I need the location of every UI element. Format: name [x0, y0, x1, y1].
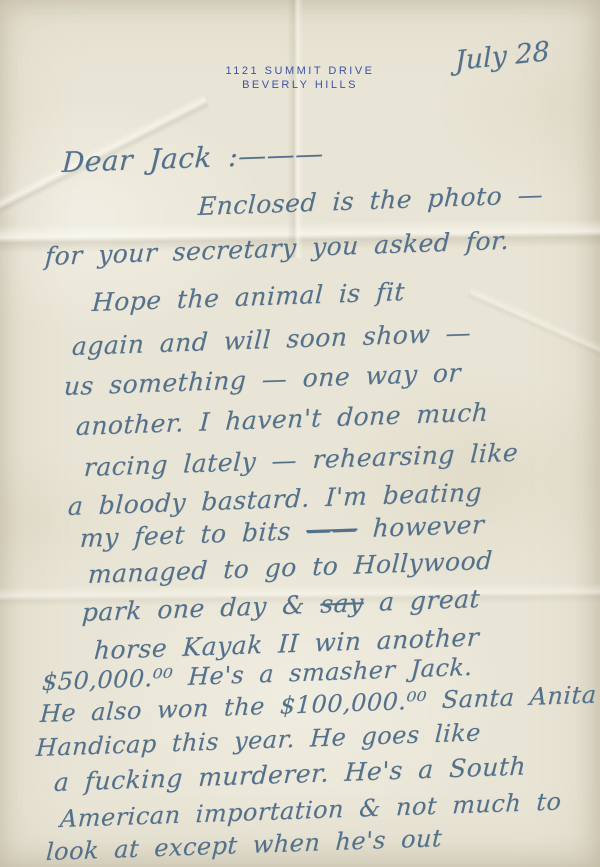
letter-line: park one day & say a great [81, 584, 481, 627]
letter-page: 1121 SUMMIT DRIVE BEVERLY HILLS July 28 … [0, 0, 600, 867]
line-text: my feet to bits [79, 516, 307, 553]
line-text: Hope the animal is fit [91, 277, 405, 317]
letter-line: racing lately — rehearsing like [83, 438, 519, 482]
letter-body: Dear Jack :———Enclosed is the photo —for… [0, 0, 600, 867]
line-text: American importation & not much to [59, 787, 562, 833]
letter-line: us something — one way or [63, 358, 461, 401]
letter-line: for your secretary you asked for. [44, 226, 510, 271]
letter-line: again and will soon show — [71, 318, 472, 361]
line-text: for your secretary you asked for. [44, 226, 510, 271]
line-text: racing lately — rehearsing like [83, 438, 519, 482]
line-text: another. I haven't done much [75, 398, 489, 441]
line-text: a great [363, 584, 481, 617]
line-text: Enclosed is the photo — [197, 180, 544, 221]
letter-line: Enclosed is the photo — [197, 180, 544, 221]
letter-line: another. I haven't done much [75, 398, 489, 441]
line-text: however [357, 510, 486, 544]
line-text: again and will soon show — [71, 318, 472, 361]
line-text: park one day & [81, 590, 321, 627]
line-text: Dear Jack :——— [61, 137, 324, 179]
line-text: us something — one way or [63, 358, 461, 401]
letter-line: managed to go to Hollywood [87, 546, 493, 589]
letter-line: Hope the animal is fit [91, 277, 405, 317]
struck-word: say [320, 588, 365, 619]
letter-line: American importation & not much to [59, 787, 562, 833]
letter-line: Dear Jack :——— [61, 137, 324, 179]
struck-word: —— [306, 514, 358, 545]
line-text: managed to go to Hollywood [87, 546, 493, 589]
